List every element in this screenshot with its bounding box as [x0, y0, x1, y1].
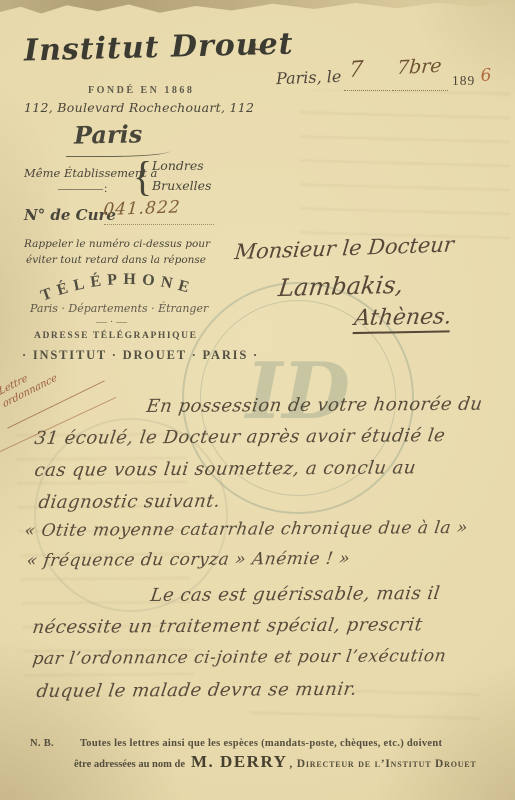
city-underline-flourish [66, 150, 170, 157]
ink-show-through [300, 90, 510, 250]
body-line: nécessite un traitement spécial, prescri… [31, 614, 424, 638]
street-address: 112, Boulevard Rochechouart, 112 [24, 100, 254, 115]
date-dotted-line [344, 90, 390, 91]
telegraph-label: ADRESSE TÉLÉGRAPHIQUE [34, 331, 198, 341]
director-name: M. DERRY [191, 752, 287, 772]
recipient-city: Athènes. [353, 304, 453, 334]
date-printed-prefix: Paris, le [276, 67, 342, 88]
body-line: cas que vous lui soumettez, a conclu au [33, 457, 417, 481]
branch-bruxelles: Bruxelles [152, 178, 211, 193]
body-line: diagnostic suivant. [37, 491, 222, 513]
svg-text:TÉLÉPHONE: TÉLÉPHONE [39, 270, 197, 305]
cross-mark: + [246, 38, 263, 60]
date-month-handwritten: 7bre [396, 55, 442, 79]
date-year-printed: 189 [452, 73, 475, 89]
recipient-salutation: Monsieur le Docteur [233, 232, 455, 264]
body-line-diagnosis: « Otite moyenne catarrhale chronique due… [23, 518, 469, 541]
body-line: 31 écoulé, le Docteur après avoir étudié… [33, 425, 446, 449]
telegraph-address: · INSTITUT · DROUET · PARIS · [22, 348, 259, 363]
handwritten-margin-note: Lettre ordonnance [0, 359, 59, 412]
body-line: Le cas est guérissable, mais il [149, 583, 441, 606]
torn-paper-edge [0, 0, 515, 15]
body-line: par l’ordonnance ci-jointe et pour l’exé… [31, 646, 447, 669]
establishment-dash: ———— : [58, 181, 106, 196]
recipient-name: Lambakis, [277, 271, 405, 302]
cure-dotted-line [104, 224, 214, 225]
body-line-diagnosis: « fréquence du coryza » Anémie ! » [25, 549, 351, 571]
date-year-digit-handwritten: 6 [480, 65, 492, 86]
cure-number-value: 041.822 [103, 197, 182, 220]
footer-notice-line-1: Toutes les lettres ainsi que les espèces… [80, 738, 442, 749]
date-dotted-line [392, 90, 448, 91]
brace-glyph: { [133, 152, 152, 201]
printed-footer: N. B. Toutes les lettres ainsi que les e… [30, 738, 500, 772]
reminder-line-1: Rappeler le numéro ci-dessus pour [24, 238, 210, 250]
footer-notice-line-2-prefix: être adressées au nom de [74, 759, 185, 770]
footer-nb-label: N. B. [30, 738, 54, 749]
director-title: , Directeur de l’Institut Drouet [289, 758, 476, 770]
founded-line: FONDÉ EN 1868 [88, 85, 194, 96]
body-line: En possession de votre honorée du [145, 394, 484, 417]
branch-londres: Londres [152, 158, 204, 173]
divider-ornament: — · — [96, 316, 127, 328]
scanned-letter-page: ID Institut Drouet FONDÉ EN 1868 112, Bo… [0, 0, 515, 800]
city-name: Paris [74, 119, 143, 149]
telephone-zones: Paris · Départements · Étranger [30, 302, 208, 315]
date-day-handwritten: 7 [348, 57, 364, 83]
body-line: duquel le malade devra se munir. [35, 679, 358, 702]
